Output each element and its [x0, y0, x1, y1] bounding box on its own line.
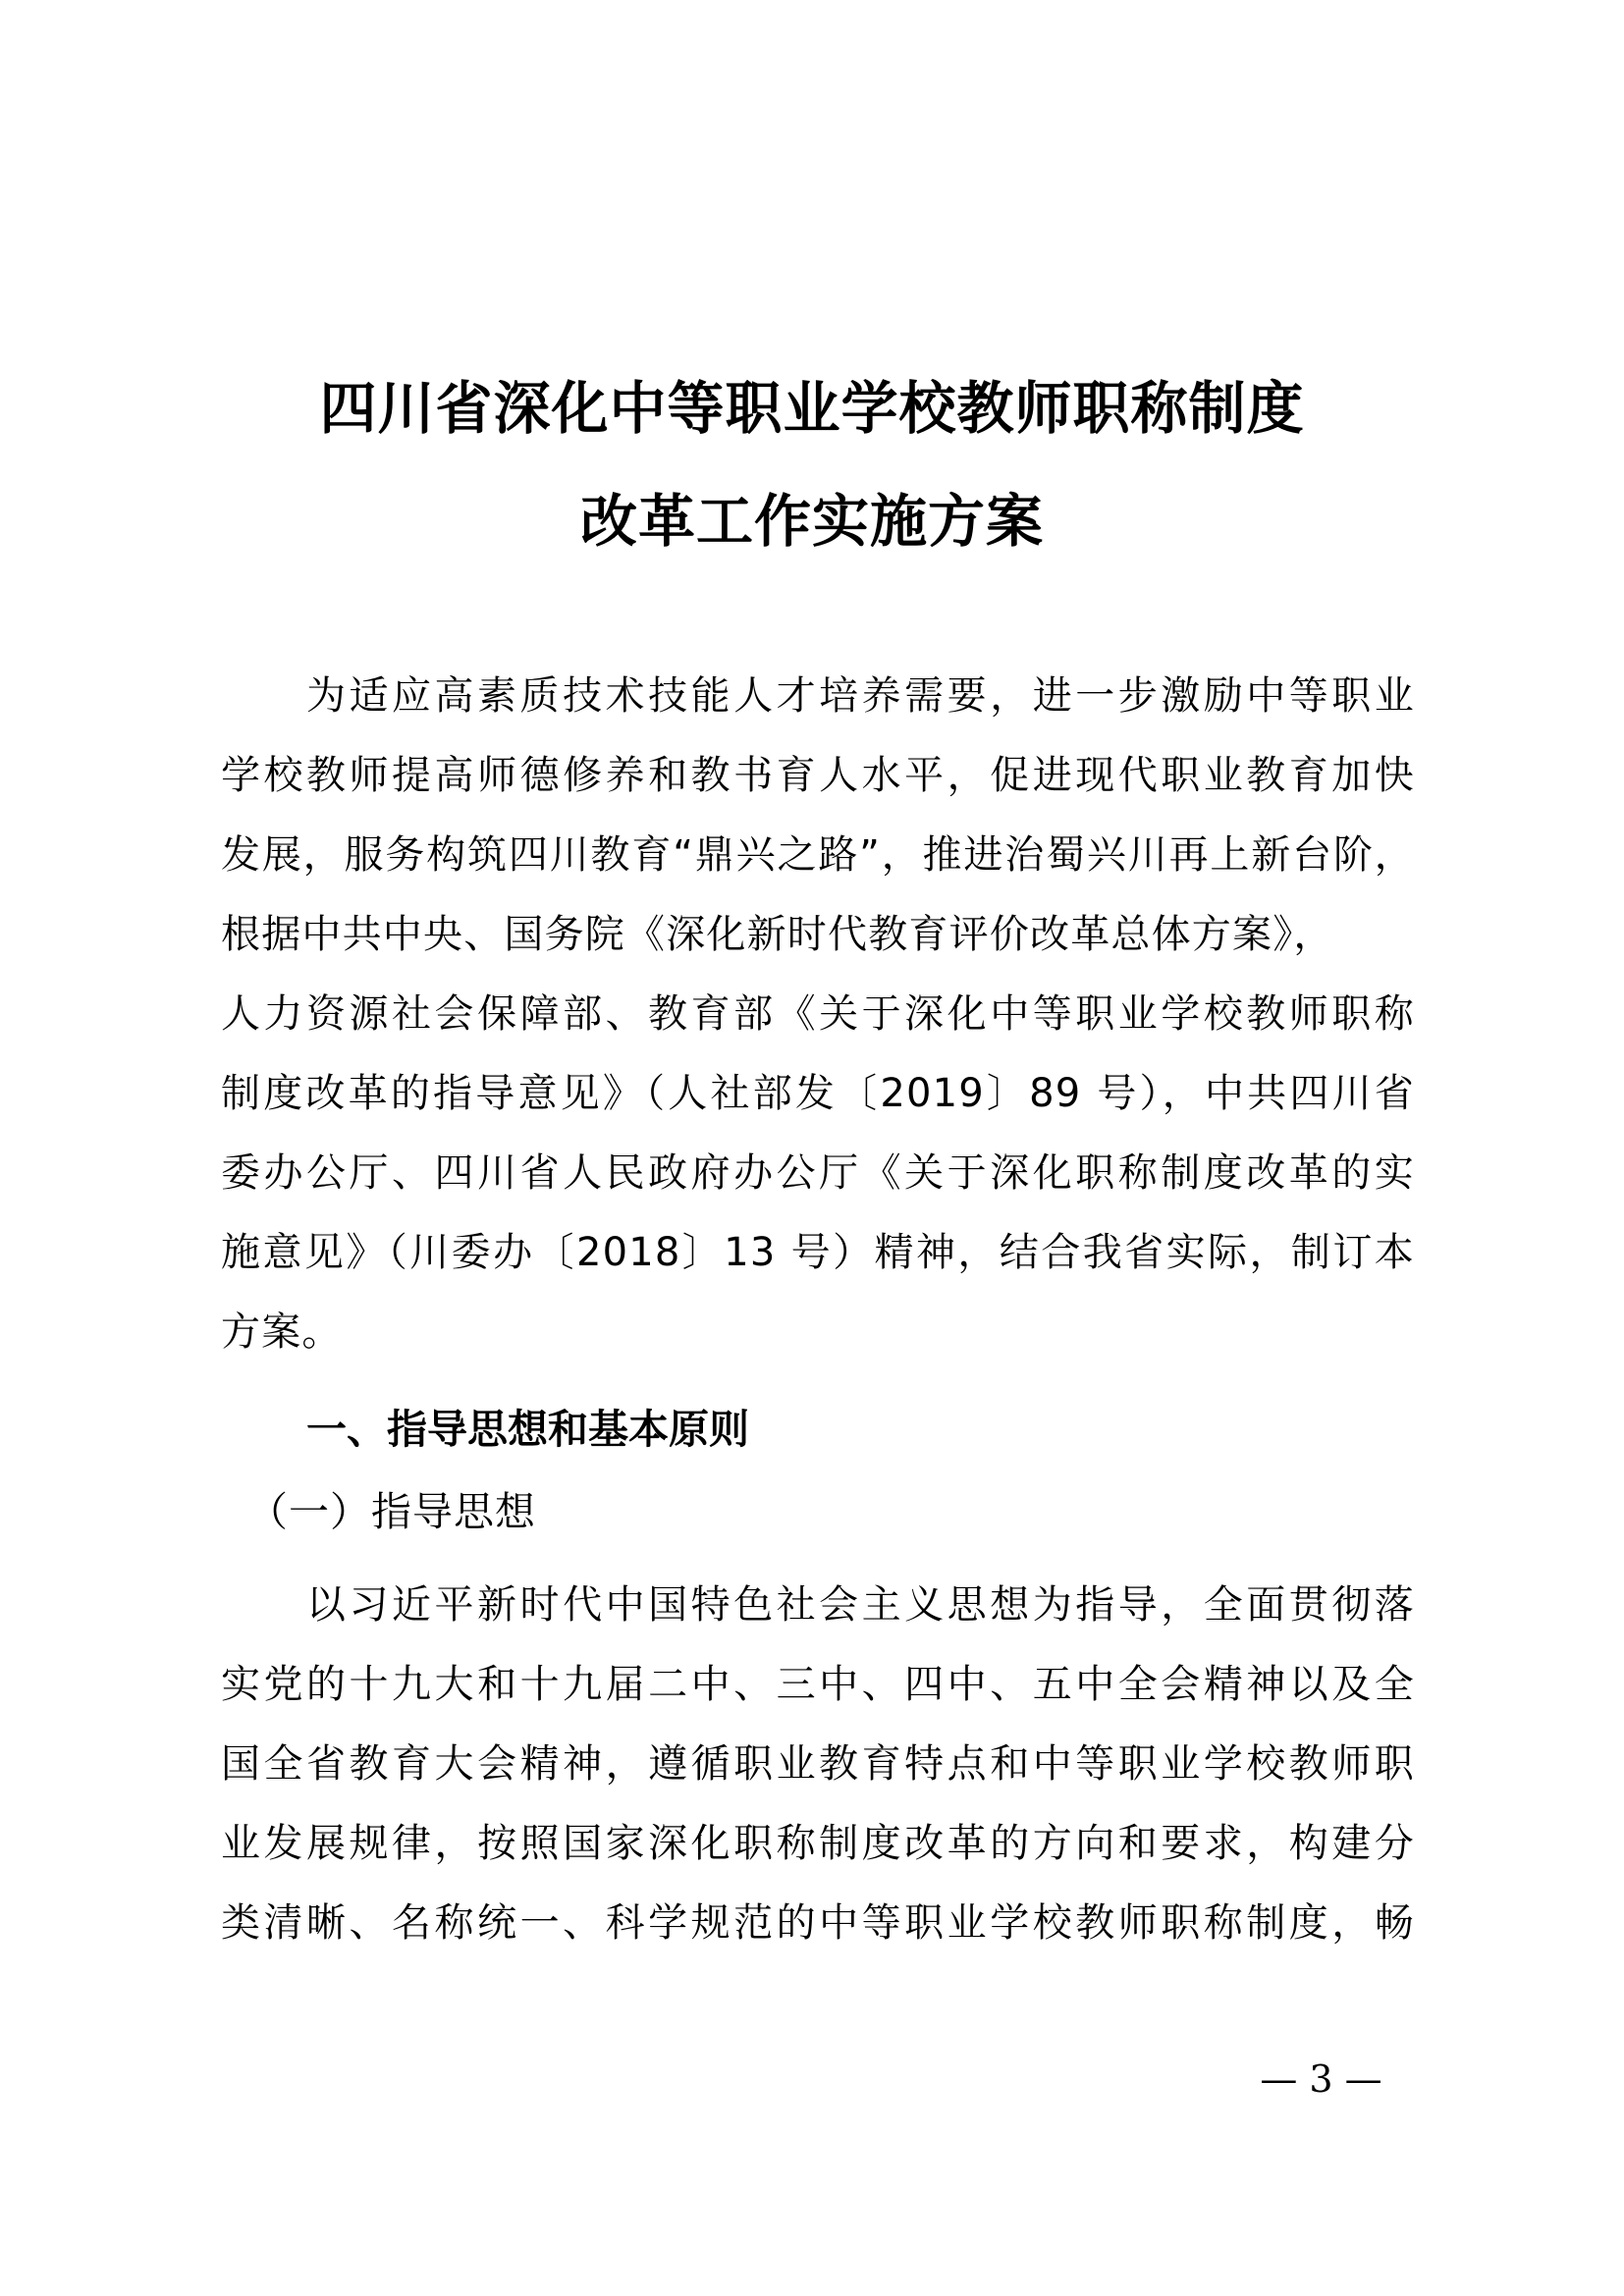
paragraph-line: 实党的十九大和十九届二中、三中、四中、五中全会精神以及全 — [221, 1645, 1415, 1725]
paragraph-line: 学校教师提高师德修养和教书育人水平，促进现代职业教育加快 — [221, 736, 1415, 816]
document-title-line-1: 四川省深化中等职业学校教师职称制度 — [0, 374, 1624, 443]
section-heading: 一、指导思想和基本原则 — [306, 1400, 749, 1459]
paragraph-line: 业发展规律，按照国家深化职称制度改革的方向和要求，构建分 — [221, 1804, 1415, 1884]
document-page: 四川省深化中等职业学校教师职称制度 改革工作实施方案 为适应高素质技术技能人才培… — [0, 0, 1624, 2296]
paragraph-line: 以习近平新时代中国特色社会主义思想为指导，全面贯彻落 — [221, 1566, 1415, 1645]
guiding-ideology-paragraph: 以习近平新时代中国特色社会主义思想为指导，全面贯彻落 实党的十九大和十九届二中、… — [221, 1566, 1415, 1963]
preamble-paragraph: 为适应高素质技术技能人才培养需要，进一步激励中等职业 学校教师提高师德修养和教书… — [221, 657, 1415, 1372]
paragraph-line: 发展，服务构筑四川教育“鼎兴之路”，推进治蜀兴川再上新台阶， — [221, 816, 1415, 895]
paragraph-line: 国全省教育大会精神，遵循职业教育特点和中等职业学校教师职 — [221, 1725, 1415, 1804]
paragraph-line: 制度改革的指导意见》（人社部发〔2019〕89 号），中共四川省 — [221, 1054, 1415, 1134]
paragraph-line: 为适应高素质技术技能人才培养需要，进一步激励中等职业 — [221, 657, 1415, 736]
paragraph-line: 施意见》（川委办〔2018〕13 号）精神，结合我省实际，制订本 — [221, 1213, 1415, 1293]
paragraph-line: 委办公厅、四川省人民政府办公厅《关于深化职称制度改革的实 — [221, 1134, 1415, 1213]
paragraph-line: 根据中共中央、国务院《深化新时代教育评价改革总体方案》， — [221, 895, 1415, 975]
page-number: — 3 — — [1260, 2057, 1382, 2101]
document-title-line-2: 改革工作实施方案 — [0, 487, 1624, 556]
paragraph-line: 人力资源社会保障部、教育部《关于深化中等职业学校教师职称 — [221, 975, 1415, 1054]
paragraph-line: 类清晰、名称统一、科学规范的中等职业学校教师职称制度，畅 — [221, 1884, 1415, 1963]
paragraph-line: 方案。 — [221, 1293, 1415, 1372]
subsection-heading: （一）指导思想 — [247, 1482, 536, 1541]
